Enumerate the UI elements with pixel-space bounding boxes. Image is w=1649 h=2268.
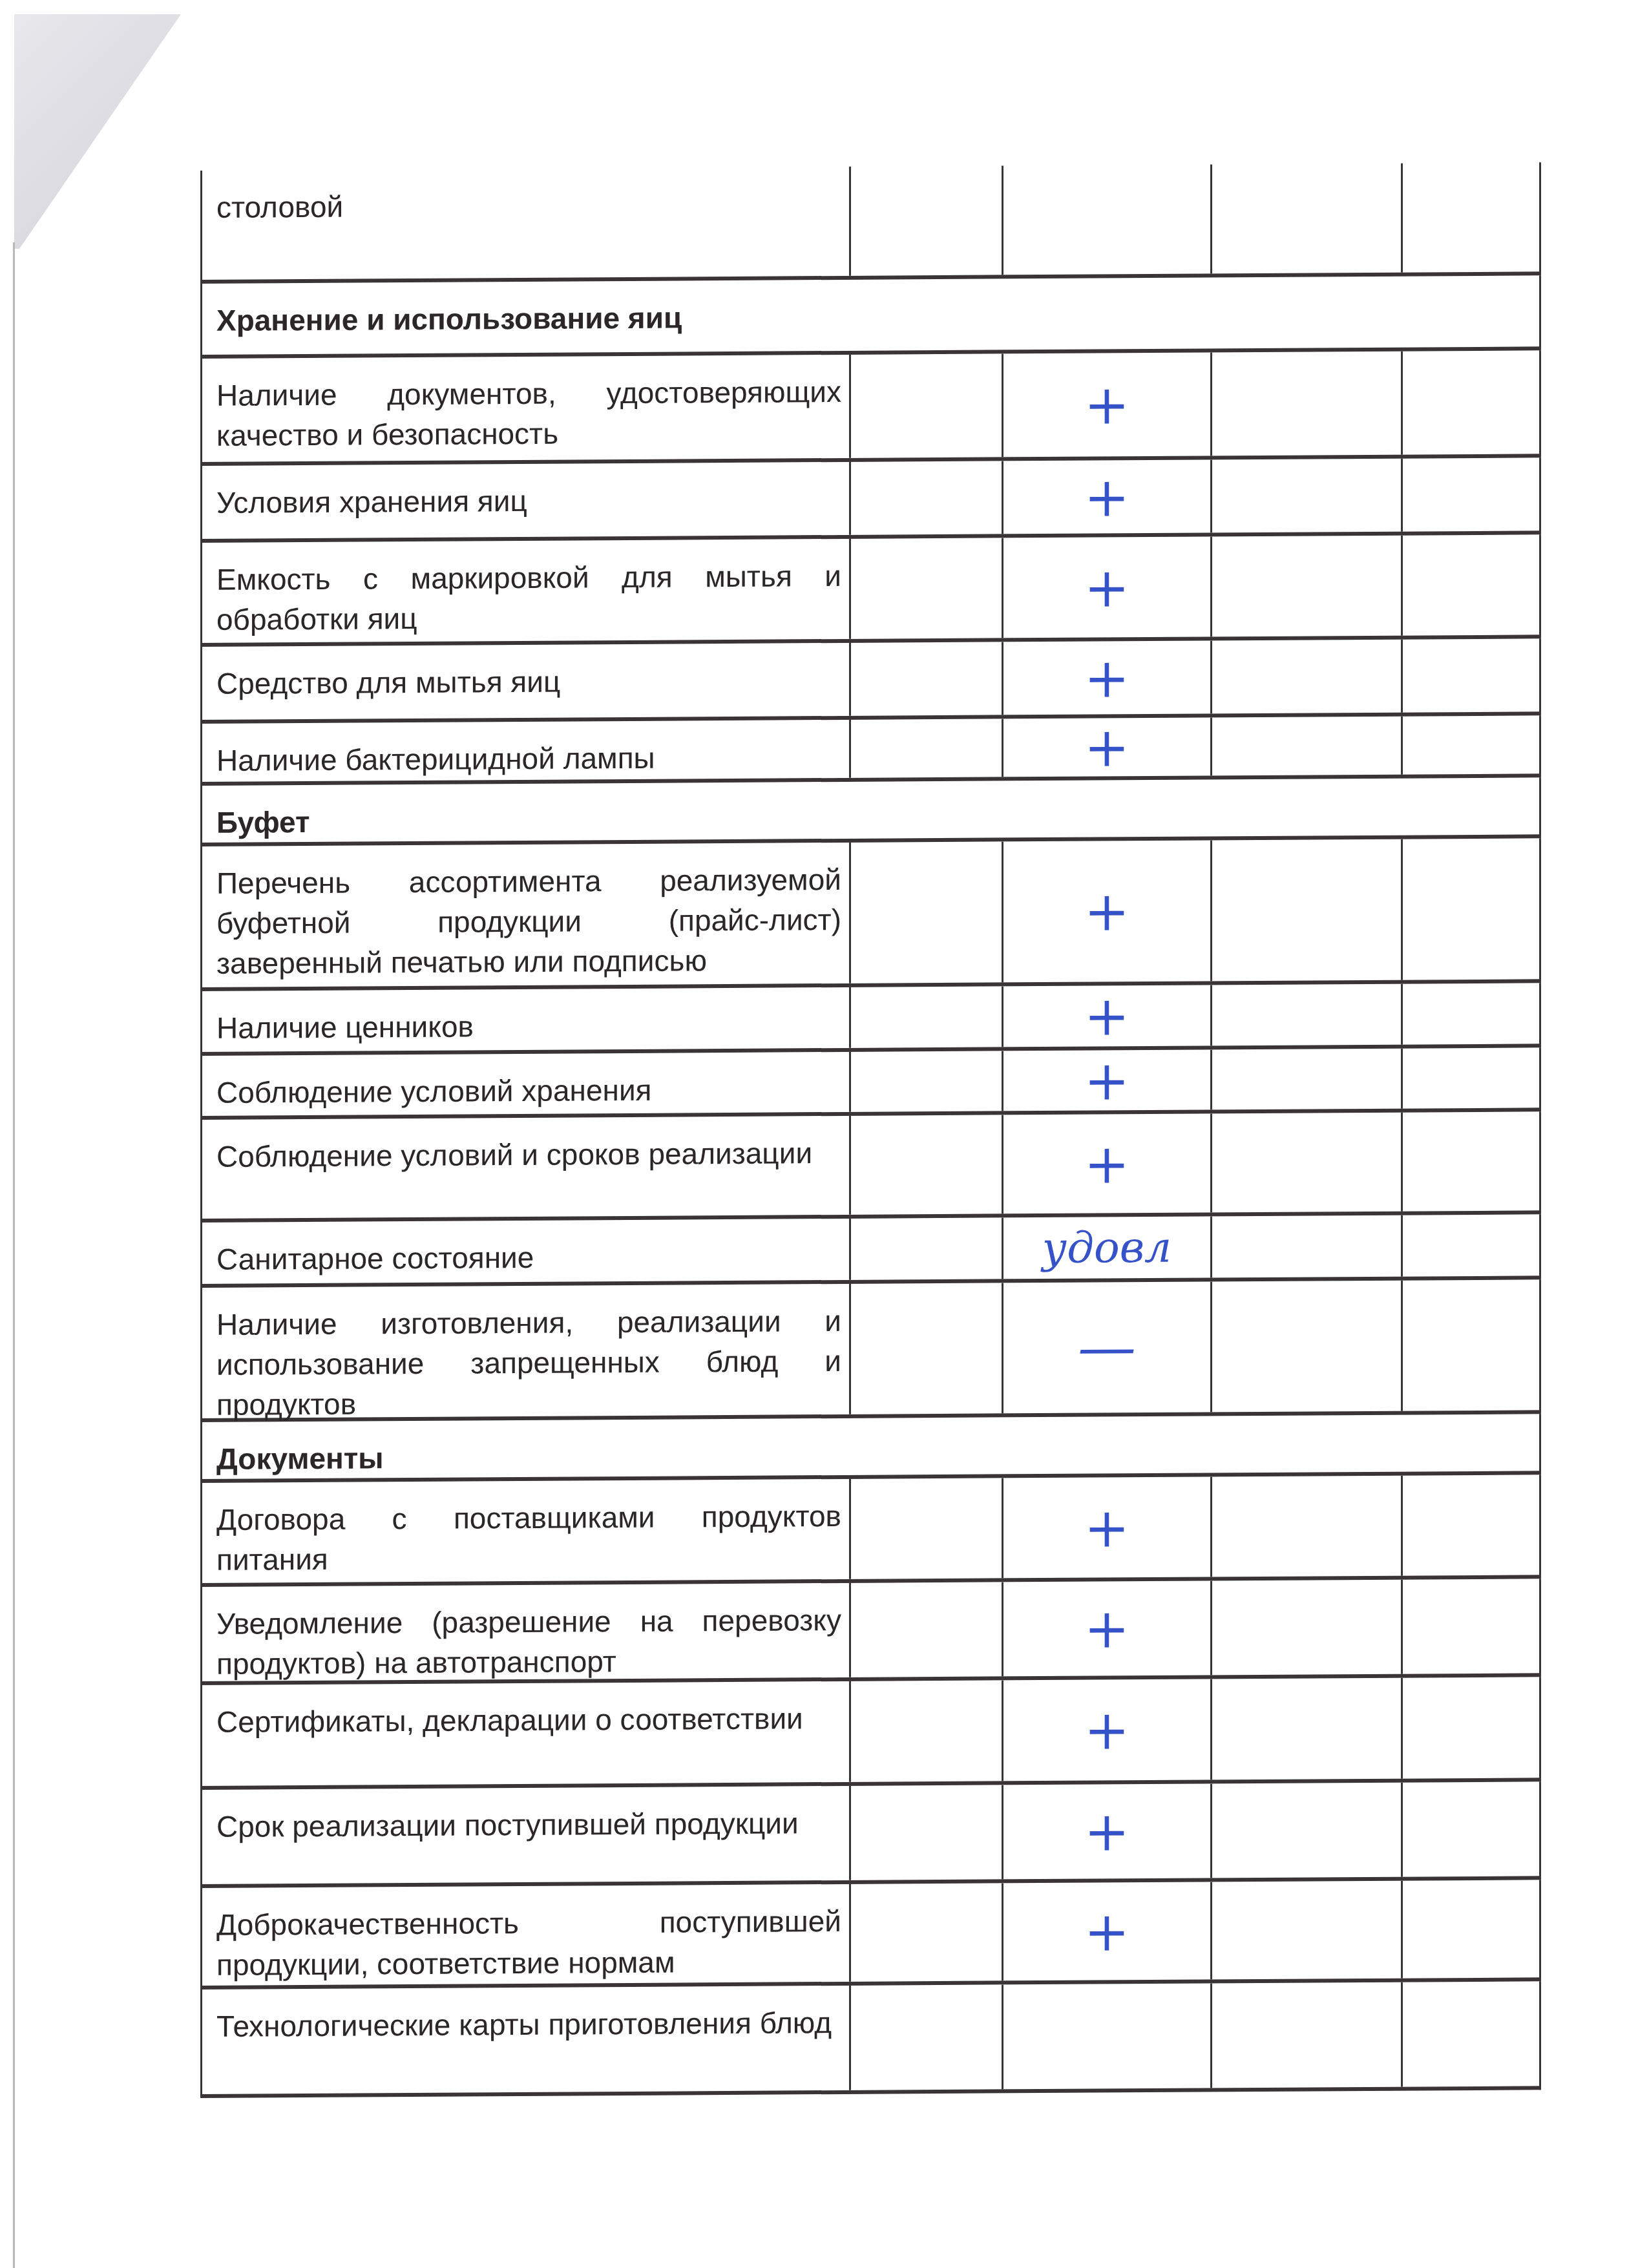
section-title: Буфет <box>202 777 1539 843</box>
criterion-label: Санитарное состояние <box>202 1219 851 1284</box>
mark-cell-4 <box>1403 457 1539 531</box>
mark-cell-4 <box>1403 1781 1539 1876</box>
page-edge-shadow <box>13 242 15 2268</box>
mark-cell-3 <box>1212 352 1403 456</box>
criterion-label: Наличие ценников <box>202 987 851 1052</box>
mark-cell-2: + <box>1003 717 1212 777</box>
mark-cell-3 <box>1212 984 1403 1046</box>
mark-cell-1 <box>851 1283 1003 1414</box>
handwritten-plus-mark: + <box>1084 651 1129 705</box>
mark-cell-1 <box>851 986 1003 1047</box>
handwritten-plus-mark: + <box>1084 1703 1129 1757</box>
mark-cell-4 <box>1403 1880 1539 1978</box>
mark-cell-2: + <box>1003 1049 1212 1111</box>
mark-cell-3 <box>1212 1049 1403 1110</box>
table-row: Наличие документов, удостоверяющих качес… <box>200 350 1541 466</box>
criterion-label: Сертификаты, декларации о соответствии <box>202 1681 851 1786</box>
mark-cell-1 <box>851 1478 1003 1579</box>
mark-cell-2: + <box>1003 1783 1212 1879</box>
mark-cell-3 <box>1212 717 1403 776</box>
table-row: Уведомление (разрешение на перевозку про… <box>200 1579 1541 1685</box>
table-row: Соблюдение условий и сроков реализации+ <box>200 1111 1541 1223</box>
criterion-label: Договора с поставщиками продуктов питани… <box>202 1479 851 1583</box>
handwritten-plus-mark: + <box>1084 720 1129 774</box>
criterion-label: Соблюдение условий хранения <box>202 1052 851 1116</box>
mark-cell-2: + <box>1003 1113 1212 1213</box>
handwritten-plus-mark: + <box>1084 1601 1129 1655</box>
mark-cell-4 <box>1403 1047 1539 1108</box>
handwritten-dash-mark: — <box>1078 1318 1136 1377</box>
criterion-label: Технологические карты приготовления блюд <box>202 1986 851 2094</box>
handwritten-plus-mark: + <box>1084 1137 1129 1191</box>
mark-cell-4 <box>1403 1579 1539 1674</box>
mark-cell-3 <box>1212 1281 1403 1412</box>
table-row: Соблюдение условий хранения+ <box>200 1047 1541 1120</box>
handwritten-plus-mark: + <box>1084 1904 1129 1958</box>
mark-cell-4 <box>1403 838 1539 980</box>
mark-cell-4 <box>1403 1677 1539 1778</box>
table-row: Емкость с маркировкой для мытья и обрабо… <box>200 534 1541 647</box>
table-row: Средство для мытья яиц+ <box>200 638 1541 724</box>
mark-cell-1 <box>851 719 1003 777</box>
handwritten-plus-mark: + <box>1084 1053 1129 1108</box>
mark-cell-1 <box>851 353 1003 457</box>
mark-cell-1 <box>851 1984 1003 2090</box>
table-row: Сертификаты, декларации о соответствии+ <box>200 1677 1541 1790</box>
mark-cell-1 <box>851 538 1003 638</box>
mark-cell-3 <box>1212 1783 1403 1878</box>
table-row: Технологические карты приготовления блюд <box>200 1981 1541 2098</box>
mark-cell-4 <box>1403 715 1539 774</box>
criterion-label: Перечень ассортимента реализуемой буфетн… <box>202 843 851 987</box>
mark-cell-3 <box>1212 640 1403 714</box>
criterion-label: Емкость с маркировкой для мытья и обрабо… <box>202 539 851 643</box>
criterion-label: Наличие изготовления, реализации и испол… <box>202 1284 851 1418</box>
mark-cell-4 <box>1403 162 1539 272</box>
mark-cell-2: + <box>1003 840 1212 982</box>
mark-cell-3 <box>1212 839 1403 982</box>
mark-cell-2: + <box>1003 352 1212 457</box>
criterion-label: Условия хранения яиц <box>202 462 851 539</box>
mark-cell-3 <box>1212 1215 1403 1278</box>
mark-cell-3 <box>1212 459 1403 533</box>
mark-cell-2: + <box>1003 459 1212 534</box>
section-header-row: Буфет <box>200 777 1541 846</box>
mark-cell-1 <box>851 1883 1003 1981</box>
mark-cell-3 <box>1212 1881 1403 1980</box>
mark-cell-3 <box>1212 163 1403 274</box>
mark-cell-2: удовл <box>1003 1216 1212 1279</box>
handwritten-plus-mark: + <box>1084 989 1129 1043</box>
mark-cell-2: + <box>1003 985 1212 1047</box>
criterion-label: Доброкачественность поступившей продукци… <box>202 1884 851 1986</box>
mark-cell-2: + <box>1003 1679 1212 1781</box>
mark-cell-4 <box>1403 534 1539 635</box>
mark-cell-3 <box>1212 1678 1403 1780</box>
table-row: Наличие ценников+ <box>200 983 1541 1056</box>
handwritten-note: удовл <box>1042 1226 1171 1269</box>
mark-cell-1 <box>851 1680 1003 1781</box>
mark-cell-1 <box>851 1785 1003 1880</box>
inspection-checklist-table: столовойХранение и использование яицНали… <box>200 162 1541 2098</box>
mark-cell-3 <box>1212 536 1403 637</box>
mark-cell-4 <box>1403 1214 1539 1276</box>
mark-cell-2: + <box>1003 640 1212 715</box>
table-row: Перечень ассортимента реализуемой буфетн… <box>200 838 1541 991</box>
mark-cell-3 <box>1212 1113 1403 1213</box>
mark-cell-4 <box>1403 1981 1539 2086</box>
mark-cell-1 <box>851 1217 1003 1279</box>
criterion-label: Наличие документов, удостоверяющих качес… <box>202 355 851 462</box>
folded-page-corner <box>0 0 187 258</box>
table-row: Санитарное состояниеудовл <box>200 1214 1541 1288</box>
table-row: Наличие изготовления, реализации и испол… <box>200 1279 1541 1422</box>
mark-cell-4 <box>1403 1475 1539 1575</box>
handwritten-plus-mark: + <box>1084 1500 1129 1555</box>
criterion-label: столовой <box>202 167 851 280</box>
mark-cell-1 <box>851 1051 1003 1111</box>
mark-cell-2 <box>1003 1983 1212 2089</box>
table-row: Договора с поставщиками продуктов питани… <box>200 1475 1541 1587</box>
mark-cell-2: + <box>1003 1580 1212 1676</box>
mark-cell-3 <box>1212 1982 1403 2088</box>
mark-cell-4 <box>1403 350 1539 454</box>
criterion-label: Средство для мытья яиц <box>202 643 851 720</box>
handwritten-plus-mark: + <box>1084 1804 1129 1858</box>
section-header-row: Хранение и использование яиц <box>200 275 1541 359</box>
mark-cell-1 <box>851 841 1003 983</box>
mark-cell-2: + <box>1003 536 1212 638</box>
table-row: Наличие бактерицидной лампы+ <box>200 715 1541 786</box>
mark-cell-2: + <box>1003 1882 1212 1980</box>
mark-cell-4 <box>1403 1111 1539 1211</box>
mark-cell-1 <box>851 165 1003 275</box>
mark-cell-2: — <box>1003 1281 1212 1413</box>
mark-cell-4 <box>1403 638 1539 712</box>
handwritten-plus-mark: + <box>1084 377 1129 432</box>
mark-cell-4 <box>1403 1279 1539 1411</box>
criterion-label: Соблюдение условий и сроков реализации <box>202 1116 851 1219</box>
mark-cell-1 <box>851 1115 1003 1214</box>
criterion-label: Наличие бактерицидной лампы <box>202 720 851 782</box>
table-row: столовой <box>200 162 1541 284</box>
mark-cell-4 <box>1403 983 1539 1044</box>
section-header-row: Документы <box>200 1414 1541 1483</box>
mark-cell-1 <box>851 1582 1003 1677</box>
handwritten-plus-mark: + <box>1084 470 1129 524</box>
mark-cell-1 <box>851 461 1003 534</box>
handwritten-plus-mark: + <box>1084 560 1129 614</box>
table-row: Условия хранения яиц+ <box>200 457 1541 543</box>
table-row: Доброкачественность поступившей продукци… <box>200 1880 1541 1990</box>
mark-cell-2: + <box>1003 1476 1212 1578</box>
table-row: Срок реализации поступившей продукции+ <box>200 1781 1541 1888</box>
mark-cell-1 <box>851 642 1003 715</box>
mark-cell-3 <box>1212 1476 1403 1577</box>
section-title: Документы <box>202 1414 1539 1479</box>
section-title: Хранение и использование яиц <box>202 275 1539 355</box>
handwritten-plus-mark: + <box>1084 884 1129 938</box>
criterion-label: Уведомление (разрешение на перевозку про… <box>202 1583 851 1681</box>
mark-cell-3 <box>1212 1580 1403 1675</box>
criterion-label: Срок реализации поступившей продукции <box>202 1786 851 1884</box>
mark-cell-2 <box>1003 164 1212 275</box>
